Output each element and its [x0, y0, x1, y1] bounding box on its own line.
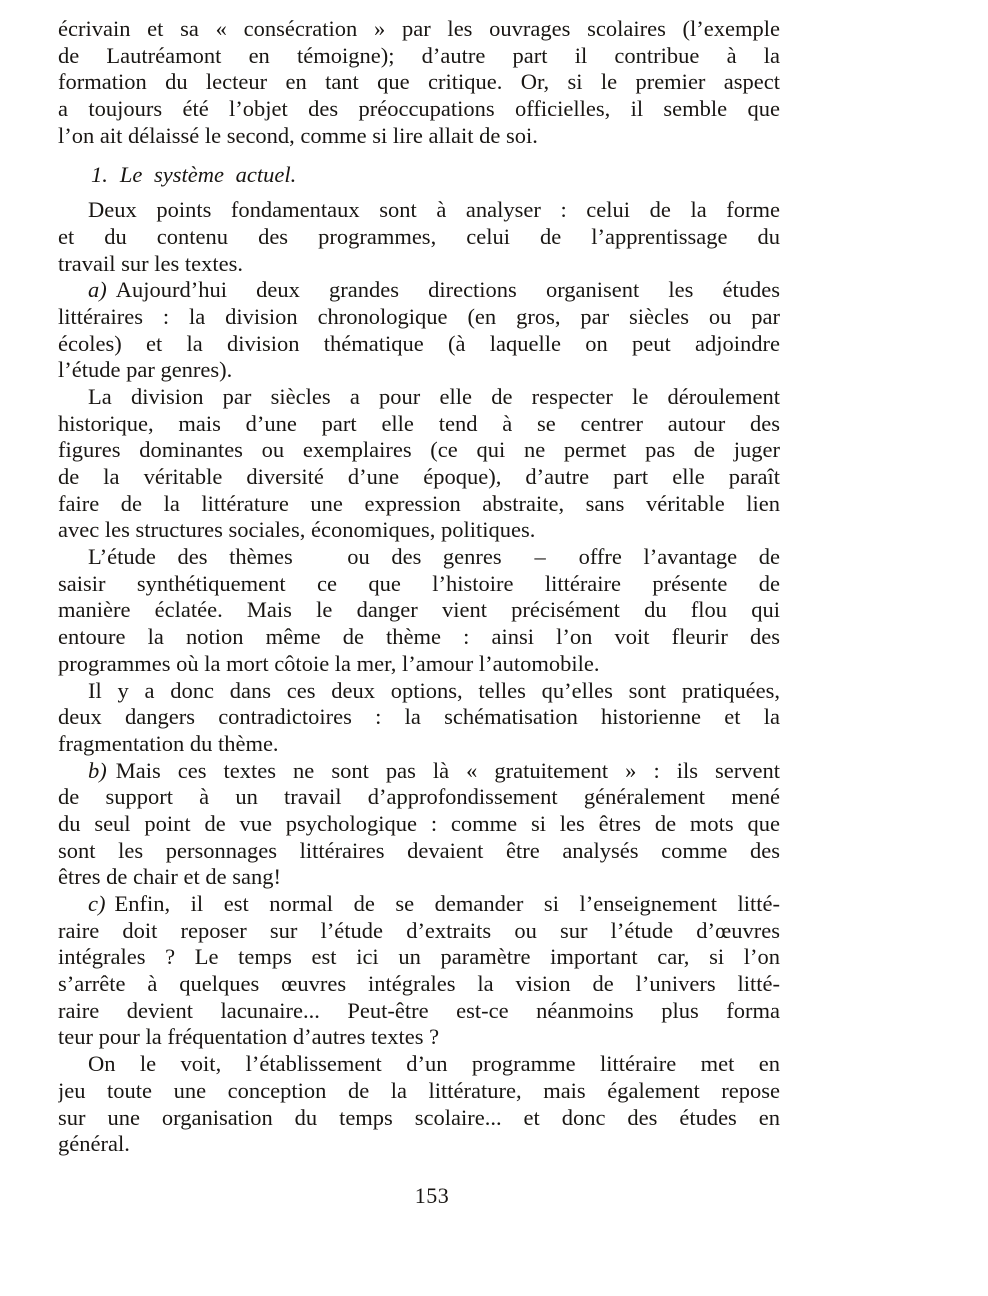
- page-text-block: écrivain et sa « consécration » par les …: [58, 16, 780, 1209]
- paragraph: L’étude des thèmes ou des genres – offre…: [58, 544, 780, 677]
- section-heading: 1.Le système actuel.: [58, 162, 780, 189]
- text-line: l’on ait délaissé le second, comme si li…: [58, 123, 780, 150]
- text-line: raire doit reposer sur l’étude d’extrait…: [58, 918, 780, 945]
- text-line: littéraires : la division chronologique …: [58, 304, 780, 331]
- list-letter: b): [88, 758, 107, 783]
- text-line-rest: Aujourd’hui deux grandes directions orga…: [116, 277, 780, 302]
- paragraph: Deux points fondamentaux sont à analyser…: [58, 197, 780, 277]
- text-line: de support à un travail d’approfondissem…: [58, 784, 780, 811]
- text-line: c)Enfin, il est normal de se demander si…: [58, 891, 780, 918]
- text-line: de la véritable diversité d’une époque),…: [58, 464, 780, 491]
- paragraph: On le voit, l’établissement d’un program…: [58, 1051, 780, 1158]
- paragraph: c)Enfin, il est normal de se demander si…: [58, 891, 780, 1051]
- text-line-rest: Mais ces textes ne sont pas là « gratuit…: [116, 758, 780, 783]
- text-line: s’arrête à quelques œuvres intégrales la…: [58, 971, 780, 998]
- text-line: sont les personnages littéraires devaien…: [58, 838, 780, 865]
- text-line: La division par siècles a pour elle de r…: [58, 384, 780, 411]
- paragraph: La division par siècles a pour elle de r…: [58, 384, 780, 544]
- list-letter: a): [88, 277, 107, 302]
- page-number: 153: [58, 1183, 780, 1209]
- text-line: jeu toute une conception de la littératu…: [58, 1078, 780, 1105]
- text-line: de Lautréamont en témoigne); d’autre par…: [58, 43, 780, 70]
- text-line: raire devient lacunaire... Peut-être est…: [58, 998, 780, 1025]
- text-line: programmes où la mort côtoie la mer, l’a…: [58, 651, 780, 678]
- list-letter: c): [88, 891, 105, 916]
- text-line: travail sur les textes.: [58, 251, 780, 278]
- text-line: deux dangers contradictoires : la schéma…: [58, 704, 780, 731]
- text-line: historique, mais d’une part elle tend à …: [58, 411, 780, 438]
- text-line: et du contenu des programmes, celui de l…: [58, 224, 780, 251]
- text-line: l’étude par genres).: [58, 357, 780, 384]
- text-line: intégrales ? Le temps est ici un paramèt…: [58, 944, 780, 971]
- text-line: saisir synthétiquement ce que l’histoire…: [58, 571, 780, 598]
- text-line: général.: [58, 1131, 780, 1158]
- text-line: Il y a donc dans ces deux options, telle…: [58, 678, 780, 705]
- text-line: a toujours été l’objet des préoccupation…: [58, 96, 780, 123]
- paragraph: b)Mais ces textes ne sont pas là « gratu…: [58, 758, 780, 891]
- text-line: avec les structures sociales, économique…: [58, 517, 780, 544]
- text-line: formation du lecteur en tant que critiqu…: [58, 69, 780, 96]
- paragraph: a)Aujourd’hui deux grandes directions or…: [58, 277, 780, 384]
- text-line: manière éclatée. Mais le danger vient pr…: [58, 597, 780, 624]
- text-line: écrivain et sa « consécration » par les …: [58, 16, 780, 43]
- text-line: écoles) et la division thématique (à laq…: [58, 331, 780, 358]
- text-line: sur une organisation du temps scolaire..…: [58, 1105, 780, 1132]
- section-title: Le système actuel.: [120, 162, 296, 187]
- section-number: 1.: [91, 162, 108, 187]
- text-line: teur pour la fréquentation d’autres text…: [58, 1024, 780, 1051]
- text-line: Deux points fondamentaux sont à analyser…: [58, 197, 780, 224]
- text-line: L’étude des thèmes ou des genres – offre…: [58, 544, 780, 571]
- text-line: On le voit, l’établissement d’un program…: [58, 1051, 780, 1078]
- paragraph: écrivain et sa « consécration » par les …: [58, 16, 780, 149]
- text-line: êtres de chair et de sang!: [58, 864, 780, 891]
- text-line: figures dominantes ou exemplaires (ce qu…: [58, 437, 780, 464]
- text-line: du seul point de vue psychologique : com…: [58, 811, 780, 838]
- text-line-rest: Enfin, il est normal de se demander si l…: [114, 891, 780, 916]
- text-line: entoure la notion même de thème : ainsi …: [58, 624, 780, 651]
- text-line: a)Aujourd’hui deux grandes directions or…: [58, 277, 780, 304]
- text-line: b)Mais ces textes ne sont pas là « gratu…: [58, 758, 780, 785]
- paragraph: Il y a donc dans ces deux options, telle…: [58, 678, 780, 758]
- text-line: faire de la littérature une expression a…: [58, 491, 780, 518]
- text-line: fragmentation du thème.: [58, 731, 780, 758]
